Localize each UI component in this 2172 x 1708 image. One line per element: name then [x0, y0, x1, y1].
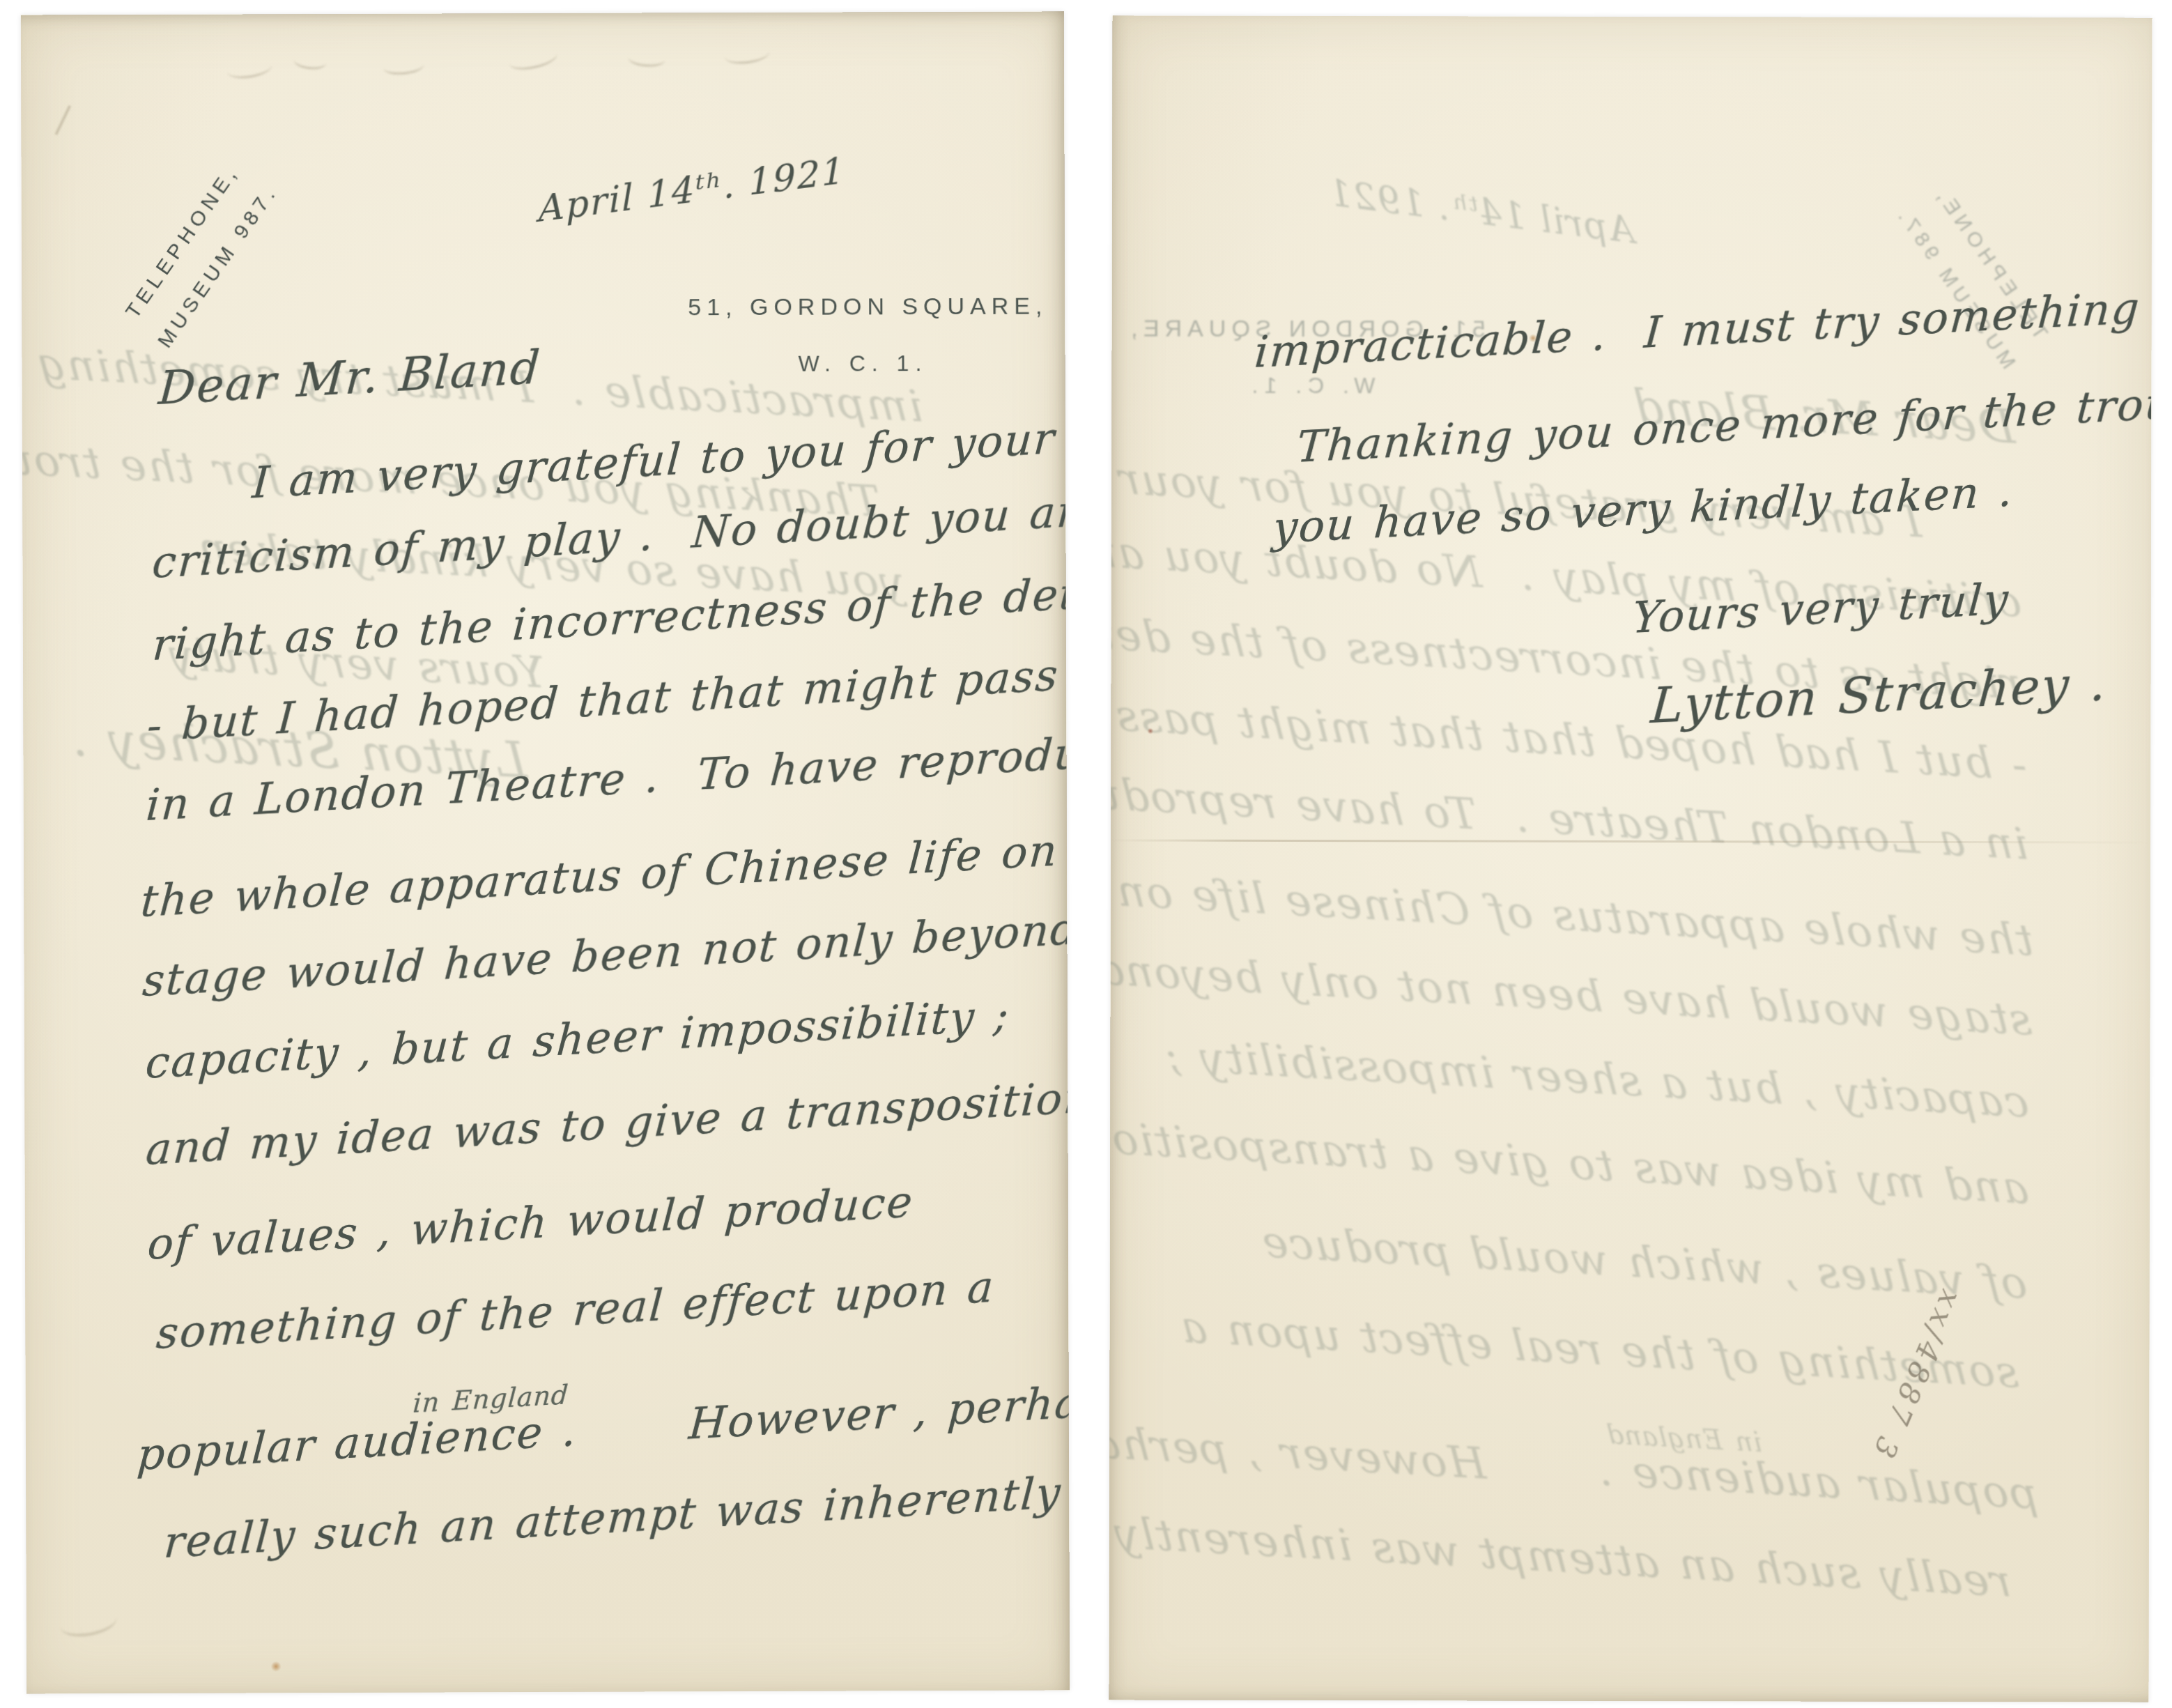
handwriting-line: popular audience . However , perhaps [136, 1374, 1070, 1480]
handwriting-line: really such an attempt was inherently [162, 1467, 1063, 1568]
handwriting-line: Lytton Strachey . [1649, 654, 2109, 734]
foxing-spot [1147, 728, 1153, 734]
handwriting-body-page1: Dear Mr. BlandI am very grateful to you … [21, 11, 1070, 1693]
handwriting-line: something of the real effect upon a [155, 1261, 996, 1360]
handwriting-line: Thanking you once more for the trouble [1295, 374, 2152, 472]
letter-page-2: TELEPHONE, MUSEUM 987. April 14ᵗʰ. 1921 … [1109, 15, 2152, 1702]
handwriting-line: and my idea was to give a transposition [144, 1071, 1070, 1175]
handwriting-line: you have so very kindly taken . [1271, 465, 2015, 553]
foxing-spot [1529, 334, 1538, 342]
handwriting-line: impracticable . I must try something els… [1253, 275, 2152, 378]
handwriting-line: of values , which would produce [146, 1176, 916, 1270]
foxing-spot [270, 1661, 282, 1671]
handwriting-body-page2: impracticable . I must try something els… [1109, 15, 2152, 1702]
letter-page-1: TELEPHONE, MUSEUM 987. April 14ᵗʰ. 1921 … [21, 11, 1070, 1693]
handwriting-line: capacity , but a sheer impossibility ; [144, 989, 1012, 1088]
handwriting-line: Yours very truly [1631, 574, 2011, 644]
scanned-letter-canvas: TELEPHONE, MUSEUM 987. April 14ᵗʰ. 1921 … [0, 0, 2172, 1708]
handwriting-line: Dear Mr. Bland [157, 340, 543, 415]
